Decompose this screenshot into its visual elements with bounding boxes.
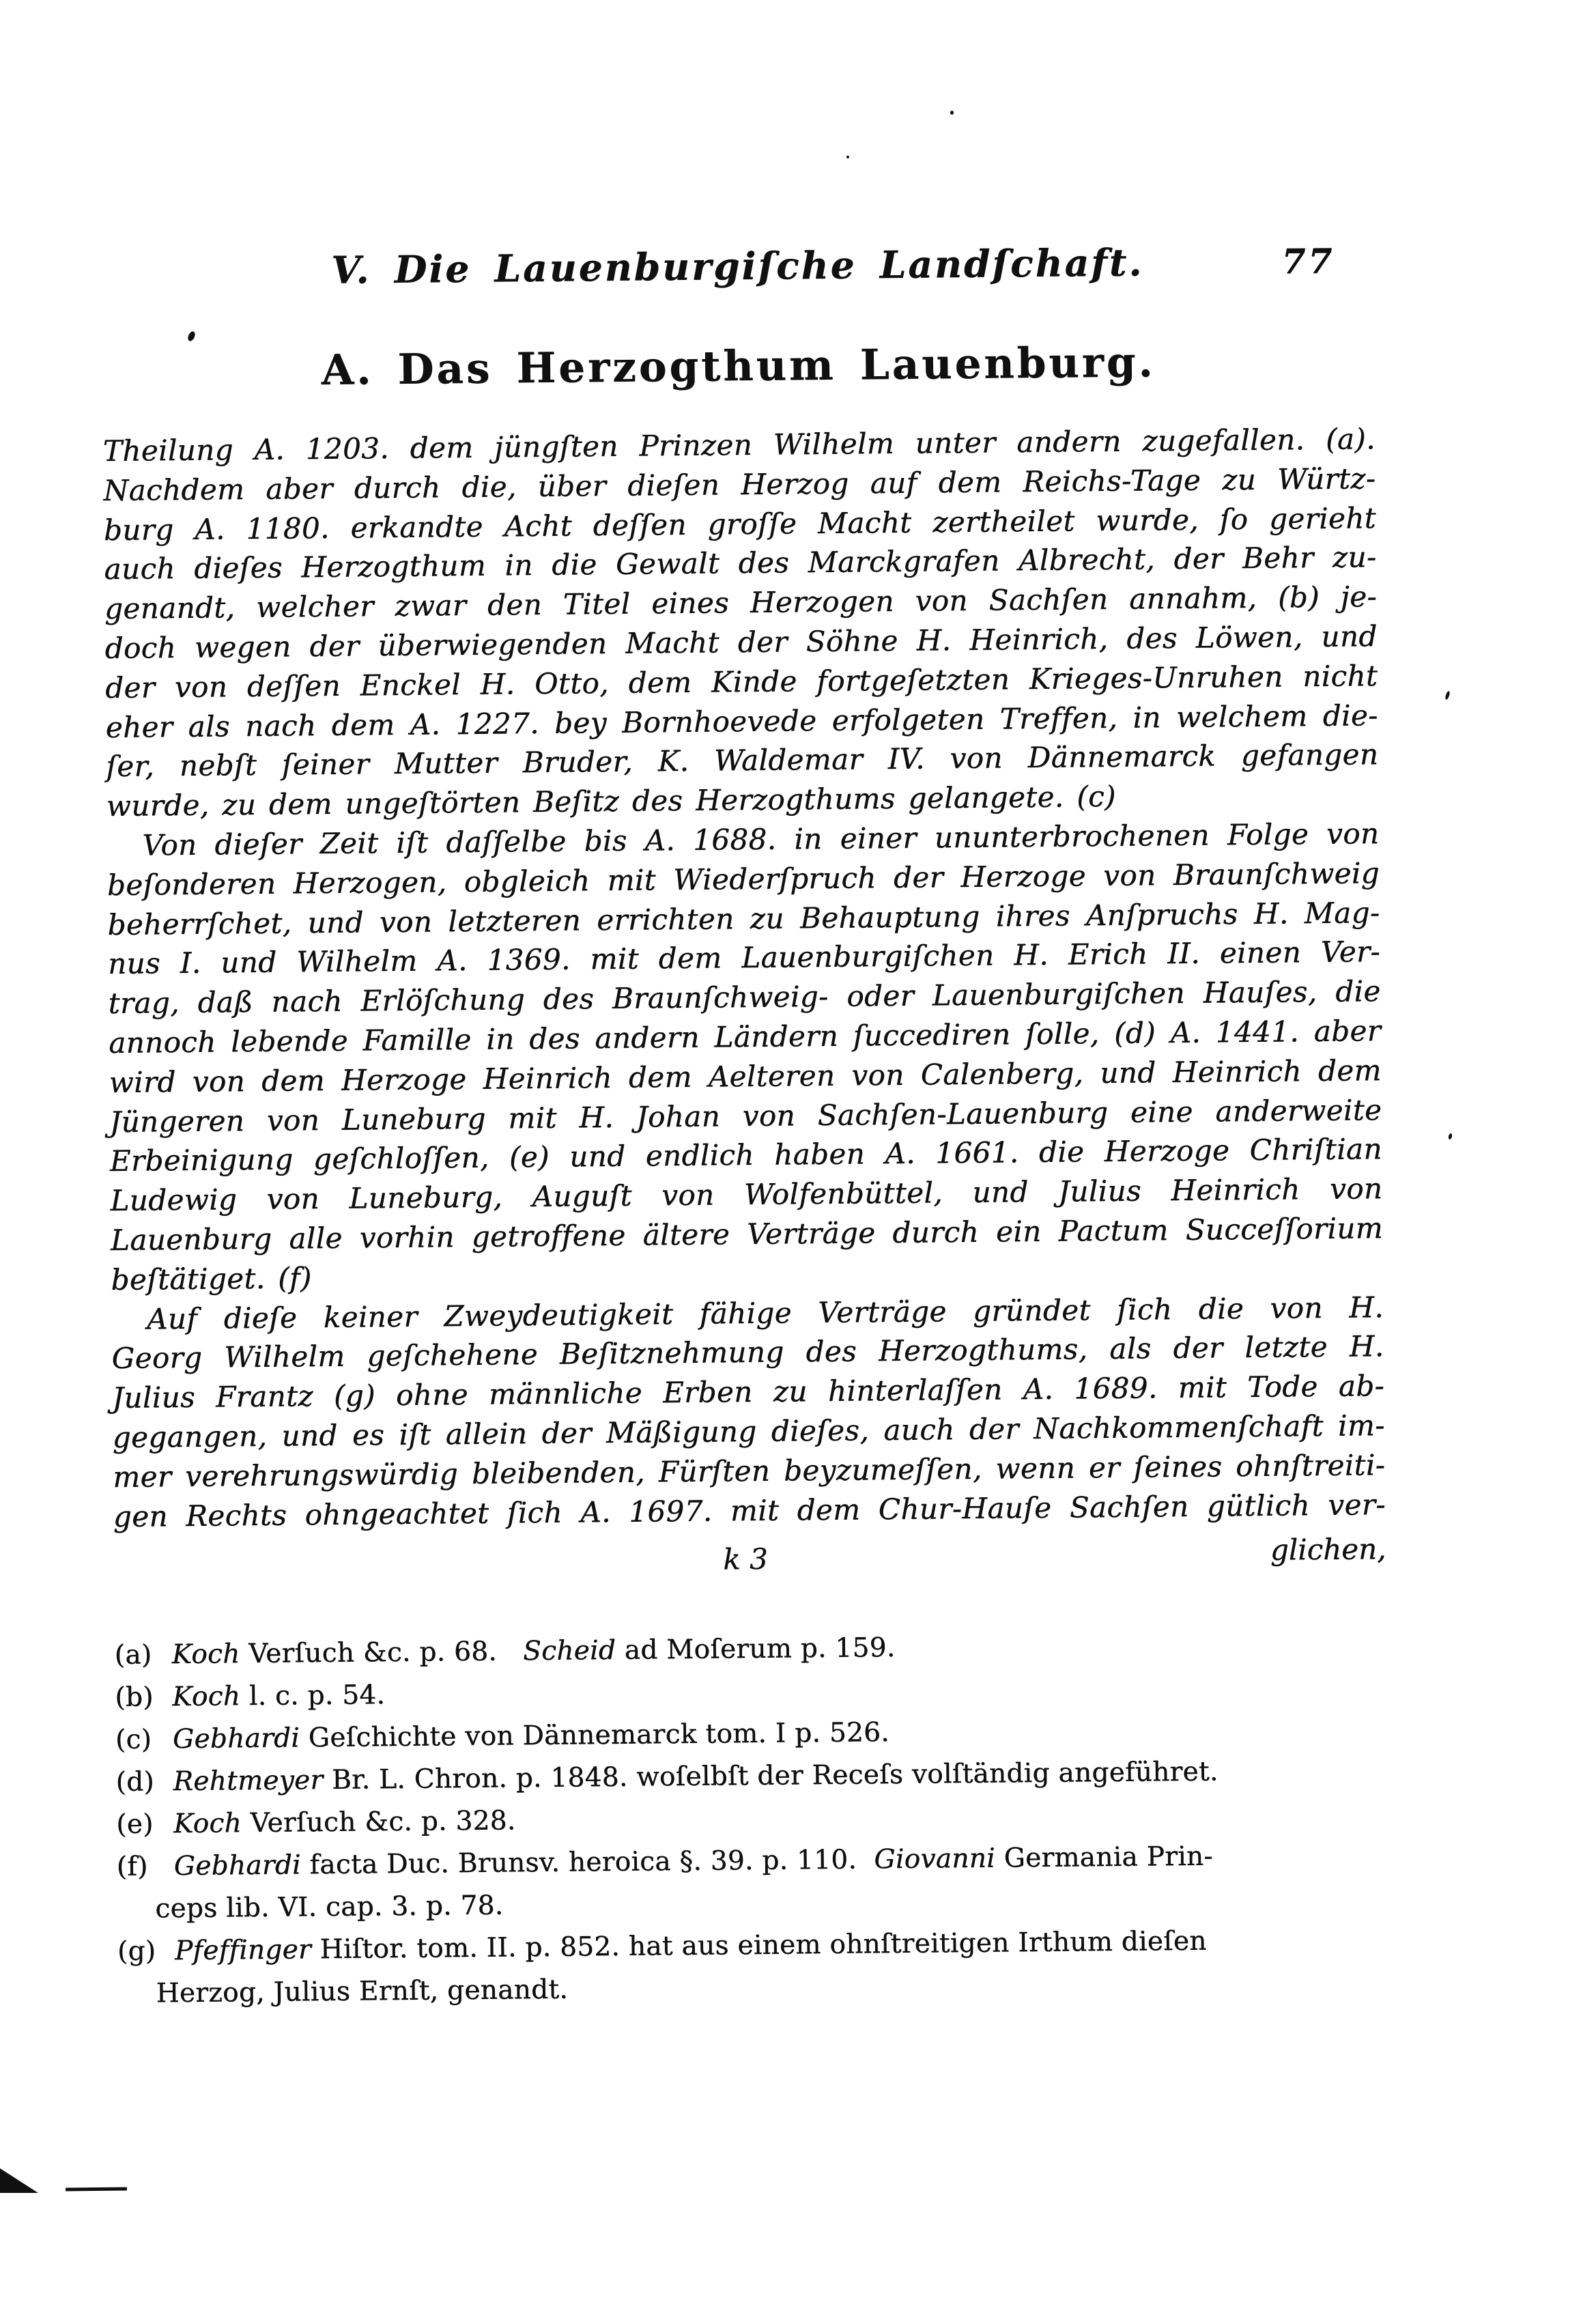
ink-speck [1444, 691, 1451, 700]
footnote-text: Hiſtor. tom. II. p. 852. hat aus einem o… [311, 1926, 1207, 1966]
running-header: V. Die Lauenburgiſche Landſchaft. 77 [101, 238, 1374, 294]
footnote-text: Gebhardi [173, 1723, 300, 1755]
footnote-text: Br. L. Chron. p. 1848. woſelbſt der Rece… [323, 1756, 1219, 1796]
footnote-label: (b) [115, 1676, 173, 1719]
section-title: A. Das Herzogthum Lauenburg. [102, 336, 1375, 397]
ink-speck [950, 111, 954, 115]
ink-speck [1448, 1133, 1453, 1140]
footnote-label: (d) [115, 1761, 173, 1804]
catchline: k 3 glichen, [113, 1536, 1386, 1589]
chapter-title: V. Die Lauenburgiſche Landſchaft. [331, 240, 1144, 292]
scan-artifact-triangle [0, 2168, 38, 2193]
body-text: Theilung A. 1203. dem jüngſten Prinzen W… [103, 419, 1386, 1536]
footnote-text: Gebhardi [174, 1850, 301, 1882]
book-page: V. Die Lauenburgiſche Landſchaft. 77 A. … [0, 0, 1596, 2324]
footnote-text: Verſuch &c. p. 68. [240, 1636, 523, 1669]
footnote-text: ad Moſerum p. 159. [616, 1632, 896, 1666]
footnote-text: facta Duc. Brunsv. heroica §. 39. p. 110… [301, 1844, 874, 1880]
footnotes: (a)Koch Verſuch &c. p. 68. Scheid ad Moſ… [115, 1622, 1391, 2015]
footnote-text: Giovanni [874, 1843, 995, 1875]
footnote-text: Koch [173, 1808, 242, 1839]
footnote-text: Verſuch &c. p. 328. [242, 1805, 516, 1839]
footnote-label: (a) [115, 1634, 173, 1677]
footnote-label: (e) [116, 1803, 174, 1846]
page-content: V. Die Lauenburgiſche Landſchaft. 77 A. … [101, 233, 1391, 2089]
footnote-label: (f) [117, 1845, 175, 1888]
footnote-text: Herzog, Julius Ernſt, genandt. [156, 1974, 568, 2009]
footnote-text: Scheid [523, 1635, 616, 1667]
scan-artifact-rule [66, 2187, 127, 2192]
page-number: 77 [1281, 241, 1335, 282]
footnote-text: Rehtmeyer [173, 1765, 323, 1797]
footnote-text: Koch [172, 1639, 240, 1670]
footnote-label: (c) [115, 1718, 173, 1761]
catchword: glichen, [1270, 1532, 1386, 1567]
footnote-text: Geſchichte von Dännemarck tom. I p. 526. [300, 1717, 889, 1753]
footnote-text: Koch [172, 1681, 240, 1712]
footnote-text: ceps lib. VI. cap. 3. p. 78. [155, 1890, 503, 1924]
footnote-text: l. c. p. 54. [240, 1680, 385, 1712]
signature-mark: k 3 [723, 1542, 768, 1576]
ink-speck [846, 156, 849, 158]
footnote-label: (g) [117, 1930, 175, 1973]
footnote-text: Germania Prin- [995, 1841, 1213, 1873]
footnote-text: Pfeffinger [175, 1934, 311, 1966]
ink-speck [1001, 258, 1004, 263]
